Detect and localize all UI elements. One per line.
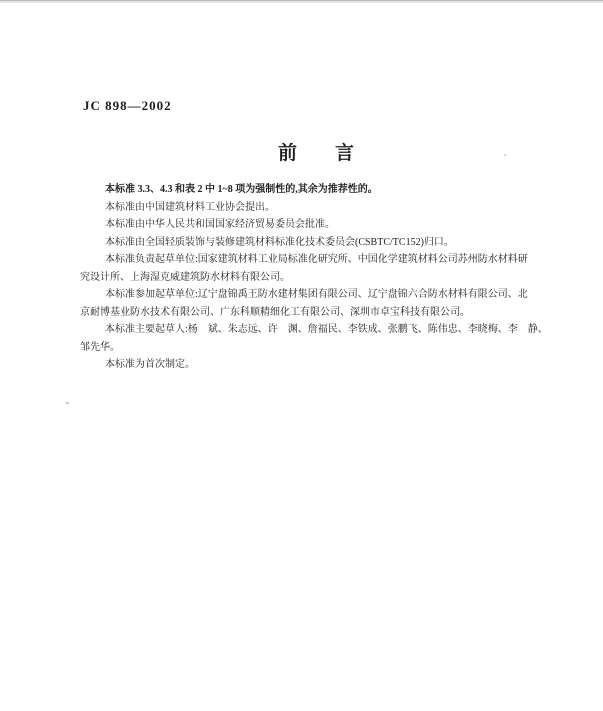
foreword-line: 京耐博基业防水技术有限公司、广东科顺精细化工有限公司、深圳市卓宝科技有限公司。 [80, 304, 560, 322]
foreword-line: 本标准负责起草单位:国家建筑材料工业局标准化研究所、中国化学建筑材料公司苏州防水… [80, 251, 560, 269]
standard-number: JC 898—2002 [83, 98, 172, 114]
foreword-body: 本标准 3.3、4.3 和表 2 中 1~8 项为强制性的,其余为推荐性的。 本… [80, 181, 560, 374]
foreword-line: 本标准由中华人民共和国国家经济贸易委员会批准。 [80, 216, 560, 234]
foreword-line: 本标准为首次制定。 [80, 356, 560, 374]
page-top-scan-edge [0, 0, 603, 3]
scan-speck [504, 154, 506, 156]
foreword-line: 本标准由中国建筑材料工业协会提出。 [80, 199, 560, 217]
foreword-line: 究设计所、上海湿克威建筑防水材料有限公司。 [80, 269, 560, 287]
foreword-title-char-2: 言 [335, 144, 354, 164]
foreword-title: 前 言 [278, 144, 354, 164]
foreword-line: 邹先华。 [80, 339, 560, 357]
foreword-line: 本标准 3.3、4.3 和表 2 中 1~8 项为强制性的,其余为推荐性的。 [80, 181, 560, 199]
foreword-line: 本标准由全国轻质装饰与装修建筑材料标准化技术委员会(CSBTC/TC152)归口… [80, 234, 560, 252]
scanned-document-page: JC 898—2002 前 言 本标准 3.3、4.3 和表 2 中 1~8 项… [0, 0, 603, 711]
foreword-line: 本标准参加起草单位:辽宁盘锦禹王防水建材集团有限公司、辽宁盘锦六合防水材料有限公… [80, 286, 560, 304]
foreword-line: 本标准主要起草人:杨 斌、朱志远、许 渊、詹福民、李铁成、张鹏飞、陈伟忠、李晓梅… [80, 321, 560, 339]
scan-speck [66, 402, 69, 404]
foreword-title-char-1: 前 [278, 144, 297, 164]
